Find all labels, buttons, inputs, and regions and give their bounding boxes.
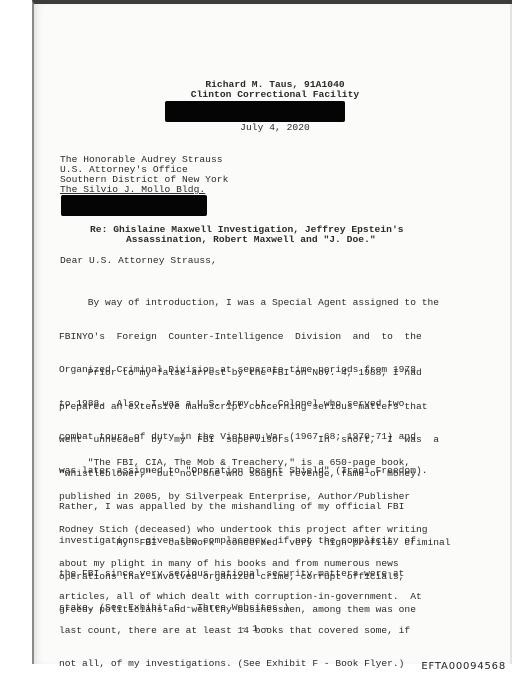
paragraph-line: By way of introduction, I was a Special … xyxy=(59,297,479,308)
page-number: - 1 - xyxy=(200,623,310,634)
paragraph-line: "The FBI, CIA, The Mob & Treachery," is … xyxy=(59,457,479,468)
paragraph-line: FBINYO's Foreign Counter-Intelligence Di… xyxy=(59,331,479,342)
salutation: Dear U.S. Attorney Strauss, xyxy=(60,255,217,266)
paragraph-line: not all, of my investigations. (See Exhi… xyxy=(59,658,479,669)
paragraph-line: My FBI casework concerned very high-prof… xyxy=(59,537,479,548)
paragraph-line: published in 2005, by Silverpeak Enterpr… xyxy=(59,491,479,502)
redaction-box xyxy=(61,195,207,216)
recipient-line: The Silvio J. Mollo Bldg. xyxy=(60,184,205,195)
letter-date: July 4, 2020 xyxy=(150,122,400,133)
paragraph-line: operations that involved organized crime… xyxy=(59,571,479,582)
paragraph-line: Prior to my false arrest by the FBI on N… xyxy=(59,367,479,378)
facility-line: Clinton Correctional Facility xyxy=(150,89,400,100)
redaction-box xyxy=(165,101,345,122)
subject-line: Assassination, Robert Maxwell and "J. Do… xyxy=(126,234,376,245)
body-paragraph: My FBI casework concerned very high-prof… xyxy=(59,515,479,627)
paragraph-line: greedy politicians and wealthy businessm… xyxy=(59,604,479,615)
document-id: EFTA00094568 xyxy=(421,661,506,672)
paragraph-line: prepared an extensive manuscript concern… xyxy=(59,401,479,412)
